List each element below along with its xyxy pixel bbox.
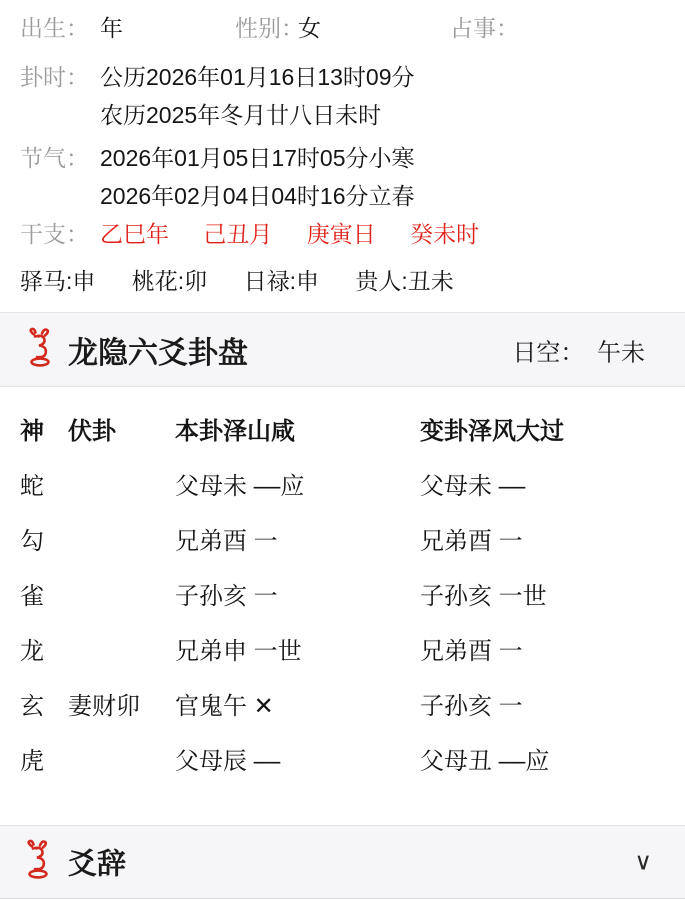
- header-biangua: 变卦泽风大过: [420, 415, 564, 449]
- biangua-cell: 子孙亥 一: [420, 690, 523, 724]
- liushen-cell: 虎: [20, 745, 44, 779]
- pan-section-header: 龙隐六爻卦盘 日空： 午未: [0, 312, 685, 387]
- liushen-cell: 龙: [20, 635, 44, 669]
- dragon-logo-icon: [24, 840, 52, 885]
- shensha-rilu: 日禄:申: [244, 268, 319, 294]
- biangua-cell: 兄弟酉 一: [420, 635, 523, 669]
- table-row: 玄 妻财卯 官鬼午 ✕ 子孙亥 一: [0, 690, 685, 724]
- rikong: 日空： 午未: [512, 332, 645, 367]
- jieqi-label: 节气：: [20, 143, 89, 173]
- header-bengua: 本卦泽山咸: [175, 415, 295, 449]
- guashi-label: 卦时：: [20, 62, 89, 92]
- biangua-cell: 兄弟酉 一: [420, 525, 523, 559]
- yaoci-section-header[interactable]: 爻辞 ∨: [0, 825, 685, 899]
- pan-title: 龙隐六爻卦盘: [68, 328, 248, 372]
- dragon-logo-icon: [26, 327, 54, 372]
- gender-value[interactable]: 女: [298, 13, 321, 43]
- liuyao-panel: 出生： 年 性别： 女 占事： 卦时： 公历2026年01月16日13时09分 …: [0, 0, 685, 899]
- table-row: 龙 兄弟申 一世 兄弟酉 一: [0, 635, 685, 669]
- guashi-lunar-date: 农历2025年冬月廿八日未时: [100, 100, 381, 130]
- liushen-cell: 玄: [20, 690, 44, 724]
- ganzhi-label: 干支：: [20, 219, 89, 249]
- bengua-cell: 兄弟酉 一: [175, 525, 278, 559]
- biangua-cell: 父母未 ––: [420, 470, 525, 504]
- bengua-cell: 子孙亥 一: [175, 580, 278, 614]
- header-shen: 神: [20, 415, 44, 449]
- birth-value[interactable]: 年: [100, 13, 123, 43]
- ganzhi-day: 庚寅日: [307, 221, 376, 247]
- table-row: 蛇 父母未 ––应 父母未 ––: [0, 470, 685, 504]
- jieqi-xiaohan: 2026年01月05日17时05分小寒: [100, 143, 415, 173]
- gender-label: 性别：: [235, 13, 304, 43]
- bengua-cell: 父母辰 ––: [175, 745, 280, 779]
- bengua-cell: 父母未 ––应: [175, 470, 304, 504]
- ganzhi-month: 己丑月: [203, 221, 272, 247]
- guashi-solar-date: 公历2026年01月16日13时09分: [100, 62, 415, 92]
- biangua-cell: 子孙亥 一世: [420, 580, 547, 614]
- table-row: 虎 父母辰 –– 父母丑 ––应: [0, 745, 685, 779]
- rikong-label: 日空：: [512, 339, 584, 366]
- liushen-cell: 勾: [20, 525, 44, 559]
- bengua-cell: 兄弟申 一世: [175, 635, 302, 669]
- shensha-guiren: 贵人:丑未: [355, 268, 453, 294]
- shensha-taohua: 桃花:卯: [132, 268, 207, 294]
- rikong-value: 午未: [597, 339, 645, 366]
- biangua-cell: 父母丑 ––应: [420, 745, 549, 779]
- ganzhi-hour: 癸未时: [410, 221, 479, 247]
- header-fugua: 伏卦: [68, 415, 116, 449]
- chevron-down-icon[interactable]: ∨: [634, 848, 652, 877]
- table-row: 勾 兄弟酉 一 兄弟酉 一: [0, 525, 685, 559]
- matter-label: 占事：: [450, 13, 519, 43]
- bengua-cell: 官鬼午 ✕: [175, 690, 274, 724]
- liushen-cell: 蛇: [20, 470, 44, 504]
- liushen-cell: 雀: [20, 580, 44, 614]
- shensha-yima: 驿马:申: [20, 268, 95, 294]
- birth-label: 出生：: [20, 13, 89, 43]
- shensha-line: 驿马:申 桃花:卯 日禄:申 贵人:丑未: [20, 266, 484, 296]
- ganzhi-year: 乙巳年: [100, 221, 169, 247]
- ganzhi-values: 乙巳年 己丑月 庚寅日 癸未时: [100, 219, 507, 249]
- yaoci-title: 爻辞: [68, 842, 126, 883]
- hexagram-table-header: 神 伏卦 本卦泽山咸 变卦泽风大过: [0, 415, 685, 449]
- fugua-cell: 妻财卯: [68, 690, 140, 724]
- jieqi-lichun: 2026年02月04日04时16分立春: [100, 181, 415, 211]
- table-row: 雀 子孙亥 一 子孙亥 一世: [0, 580, 685, 614]
